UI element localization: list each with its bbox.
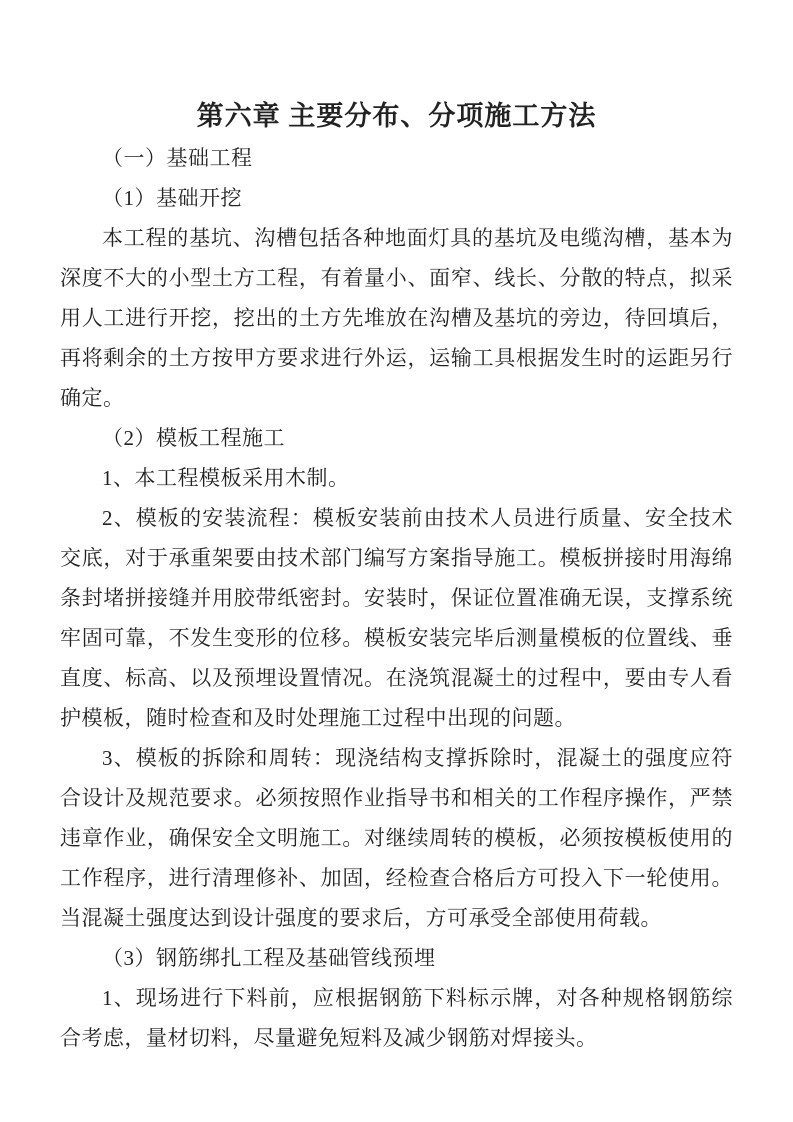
heading-formwork-construction: （2）模板工程施工 (60, 418, 733, 458)
heading-foundation-works: （一）基础工程 (60, 138, 733, 178)
document-body: （一）基础工程 （1）基础开挖 本工程的基坑、沟槽包括各种地面灯具的基坑及电缆沟… (60, 138, 733, 1058)
paragraph-rebar-cutting: 1、现场进行下料前，应根据钢筋下料标示牌，对各种规格钢筋综合考虑，量材切料，尽量… (60, 978, 733, 1058)
paragraph-formwork-removal: 3、模板的拆除和周转：现浇结构支撑拆除时，混凝土的强度应符合设计及规范要求。必须… (60, 738, 733, 938)
document-title: 第六章 主要分布、分项施工方法 (60, 94, 733, 138)
document-page: 第六章 主要分布、分项施工方法 （一）基础工程 （1）基础开挖 本工程的基坑、沟… (0, 0, 793, 1122)
heading-foundation-excavation: （1）基础开挖 (60, 178, 733, 218)
paragraph-excavation-method: 本工程的基坑、沟槽包括各种地面灯具的基坑及电缆沟槽，基本为深度不大的小型土方工程… (60, 218, 733, 418)
paragraph-formwork-installation: 2、模板的安装流程：模板安装前由技术人员进行质量、安全技术交底，对于承重架要由技… (60, 498, 733, 738)
heading-rebar-and-pipeline-embedding: （3）钢筋绑扎工程及基础管线预埋 (60, 938, 733, 978)
paragraph-formwork-material: 1、本工程模板采用木制。 (60, 458, 733, 498)
